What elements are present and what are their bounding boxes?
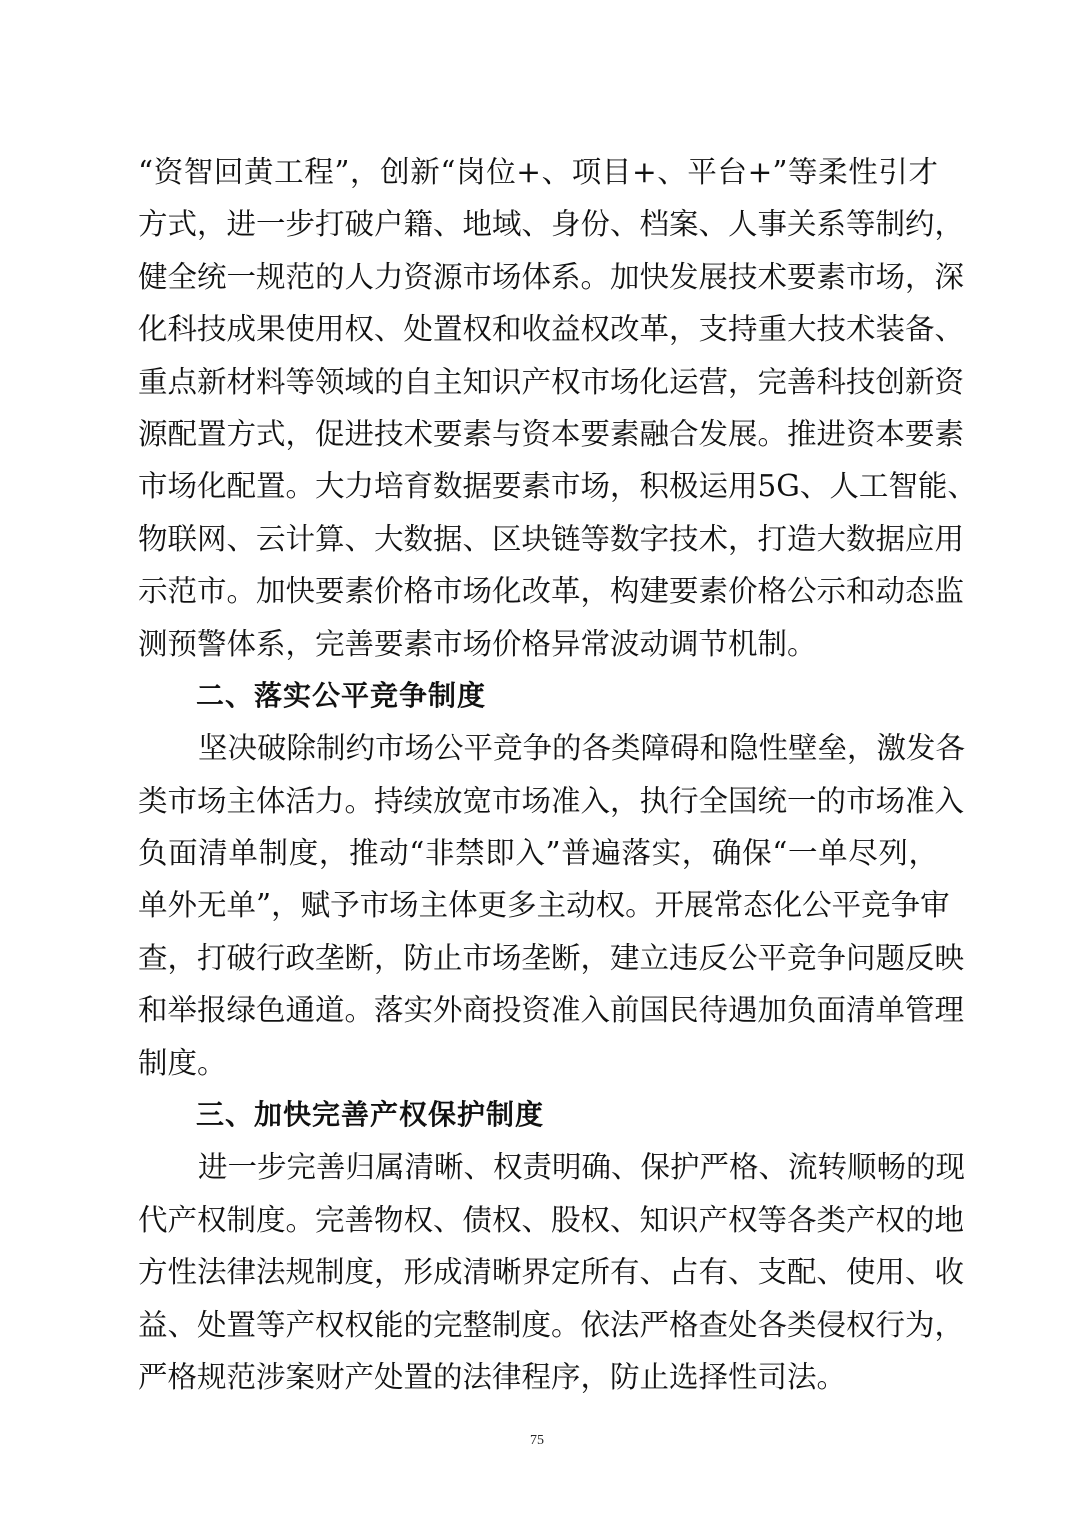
text-line: 单外无单”，赋予市场主体更多主动权。开展常态化公平竞争审 — [138, 879, 938, 931]
text-line: 方式，进一步打破户籍、地域、身份、档案、人事关系等制约， — [138, 198, 938, 250]
text-line: 坚决破除制约市场公平竞争的各类障碍和隐性壁垒，激发各 — [138, 722, 938, 774]
text-line: 代产权制度。完善物权、债权、股权、知识产权等各类产权的地 — [138, 1194, 938, 1246]
text-line: 健全统一规范的人力资源市场体系。加快发展技术要素市场，深 — [138, 251, 938, 303]
text-line: 方性法律法规制度，形成清晰界定所有、占有、支配、使用、收 — [138, 1246, 938, 1298]
page-number: 75 — [0, 1433, 1074, 1449]
text-line: 测预警体系，完善要素市场价格异常波动调节机制。 — [138, 618, 938, 670]
paragraph-continuation: “资智回黄工程”，创新“岗位+、项目+、平台+”等柔性引才 方式，进一步打破户籍… — [138, 146, 938, 670]
paragraph-fair-competition: 坚决破除制约市场公平竞争的各类障碍和隐性壁垒，激发各 类市场主体活力。持续放宽市… — [138, 722, 938, 1089]
text-line: 化科技成果使用权、处置权和收益权改革，支持重大技术装备、 — [138, 303, 938, 355]
text-line: 负面清单制度，推动“非禁即入”普遍落实，确保“一单尽列， — [138, 827, 938, 879]
text-line: “资智回黄工程”，创新“岗位+、项目+、平台+”等柔性引才 — [138, 146, 938, 198]
text-line: 制度。 — [138, 1037, 938, 1089]
text-line: 进一步完善归属清晰、权责明确、保护严格、流转顺畅的现 — [138, 1141, 938, 1193]
text-line: 和举报绿色通道。落实外商投资准入前国民待遇加负面清单管理 — [138, 984, 938, 1036]
text-line: 重点新材料等领域的自主知识产权市场化运营，完善科技创新资 — [138, 356, 938, 408]
text-line: 源配置方式，促进技术要素与资本要素融合发展。推进资本要素 — [138, 408, 938, 460]
text-line: 物联网、云计算、大数据、区块链等数字技术，打造大数据应用 — [138, 513, 938, 565]
text-line: 类市场主体活力。持续放宽市场准入，执行全国统一的市场准入 — [138, 775, 938, 827]
section-heading-property-rights: 三、加快完善产权保护制度 — [138, 1089, 938, 1141]
document-page: “资智回黄工程”，创新“岗位+、项目+、平台+”等柔性引才 方式，进一步打破户籍… — [138, 146, 938, 1403]
text-line: 查，打破行政垄断，防止市场垄断，建立违反公平竞争问题反映 — [138, 932, 938, 984]
paragraph-property-rights: 进一步完善归属清晰、权责明确、保护严格、流转顺畅的现 代产权制度。完善物权、债权… — [138, 1141, 938, 1403]
text-line: 益、处置等产权权能的完整制度。依法严格查处各类侵权行为， — [138, 1299, 938, 1351]
section-heading-fair-competition: 二、落实公平竞争制度 — [138, 670, 938, 722]
text-line: 示范市。加快要素价格市场化改革，构建要素价格公示和动态监 — [138, 565, 938, 617]
text-line: 严格规范涉案财产处置的法律程序，防止选择性司法。 — [138, 1351, 938, 1403]
text-line: 市场化配置。大力培育数据要素市场，积极运用5G、人工智能、 — [138, 460, 938, 512]
